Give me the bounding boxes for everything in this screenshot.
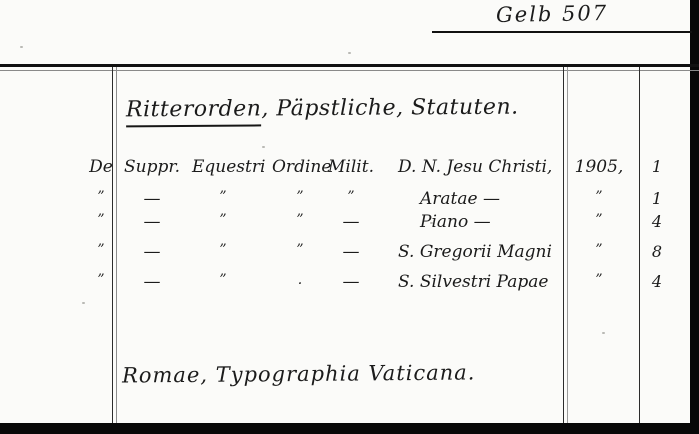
table-row: De Suppr. Equestri Ordine Milit. D. N. J… — [0, 157, 699, 183]
cell-count: 4 — [638, 212, 676, 231]
cell-col4: ” — [322, 189, 380, 205]
cell-margin: ” — [84, 189, 118, 205]
cell-count: 1 — [638, 189, 676, 208]
scan-noise — [602, 332, 605, 334]
scan-noise — [20, 46, 23, 48]
scan-edge-bottom — [0, 423, 699, 434]
cell-year: ” — [566, 272, 632, 288]
cell-margin: De — [84, 157, 118, 177]
cell-col3: . — [272, 272, 328, 288]
cell-col1: — — [122, 272, 182, 292]
cell-col1: — — [122, 212, 182, 232]
card-title: Ritterorden, Päpstliche, Statuten. — [126, 95, 519, 123]
cell-title: S. Gregorii Magni — [398, 242, 552, 262]
top-border-rule-shadow — [0, 70, 699, 71]
cell-col4: — — [322, 212, 380, 232]
cell-margin: ” — [84, 242, 118, 258]
cell-col4: — — [322, 242, 380, 262]
cell-col2: ” — [192, 272, 254, 288]
cell-col2: Equestri — [192, 157, 254, 177]
shelfmark-rule — [432, 31, 692, 33]
cell-col1: Suppr. — [122, 157, 182, 177]
cell-col3: Ordine — [272, 157, 328, 177]
cell-year: 1905, — [566, 157, 632, 177]
cell-col3: ” — [272, 242, 328, 258]
cell-col2: ” — [192, 242, 254, 258]
cell-col1: — — [122, 189, 182, 209]
imprint: Romae, Typographia Vaticana. — [122, 360, 476, 387]
catalog-card-scan: Gelb 507 Ritterorden, Päpstliche, Statut… — [0, 0, 699, 434]
table-row: ” — ” . — S. Silvestri Papae ” 4 — [0, 272, 699, 298]
shelfmark: Gelb 507 — [496, 1, 609, 27]
cell-col4: Milit. — [322, 157, 380, 177]
cell-margin: ” — [84, 212, 118, 228]
scan-noise — [430, 222, 433, 224]
cell-count: 8 — [638, 242, 676, 261]
cell-year: ” — [566, 189, 632, 205]
cell-count: 1 — [638, 157, 676, 176]
cell-year: ” — [566, 242, 632, 258]
table-row: ” — ” ” — Piano — ” 4 — [0, 212, 699, 238]
scan-noise — [262, 146, 265, 148]
cell-col3: ” — [272, 189, 328, 205]
cell-col2: ” — [192, 189, 254, 205]
cell-year: ” — [566, 212, 632, 228]
cell-margin: ” — [84, 272, 118, 288]
cell-col1: — — [122, 242, 182, 262]
table-row: ” — ” ” — S. Gregorii Magni ” 8 — [0, 242, 699, 268]
cell-title: D. N. Jesu Christi, — [398, 157, 552, 177]
cell-title: S. Silvestri Papae — [398, 272, 548, 292]
cell-col2: ” — [192, 212, 254, 228]
scan-noise — [348, 52, 351, 54]
cell-col4: — — [322, 272, 380, 292]
scan-noise — [82, 302, 85, 304]
cell-col3: ” — [272, 212, 328, 228]
top-border-rule — [0, 64, 699, 67]
cell-title: Aratae — — [420, 189, 500, 209]
card-title-rest: , Päpstliche, Statuten. — [261, 95, 518, 122]
cell-count: 4 — [638, 272, 676, 291]
card-title-keyword: Ritterorden — [126, 96, 262, 127]
